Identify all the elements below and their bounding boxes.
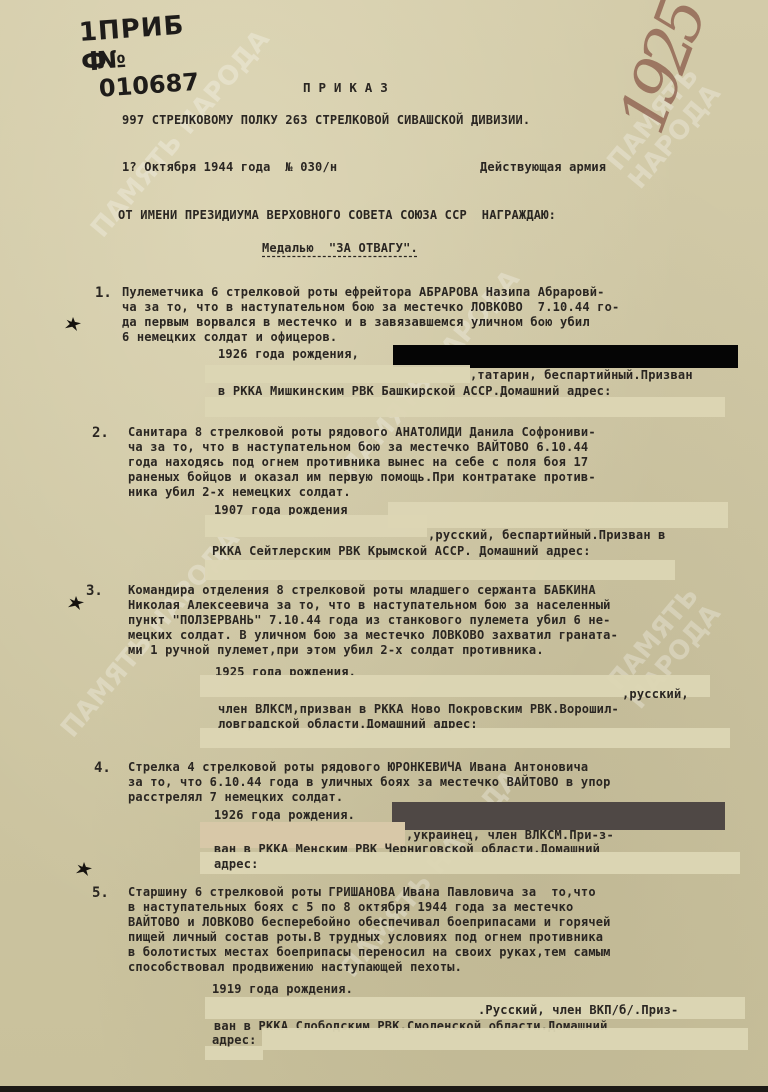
entry-number: 3. [86,583,103,599]
redaction-block [205,365,470,383]
entry-2-line: года находясь под огнем противника вынес… [128,455,588,469]
stamp-line-2: № 010687 [96,40,200,103]
archival-document-page: ПАМЯТЬ НАРОДА ПАМЯТЬ НАРОДА ПАМЯТЬ НАРОД… [0,0,768,1092]
entry-1-line: Пулеметчика 6 стрелковой роты ефрейтора … [122,285,605,300]
entry-4-birth: 1926 года рождения. [214,808,355,822]
redaction-block [470,360,738,368]
entry-2-line: ника убил 2-х немецких солдат. [128,485,351,499]
entry-4-line: за то, что 6.10.44 года в уличных боях з… [128,775,611,789]
entry-4-details: адрес: [214,857,259,871]
unit-line: 997 СТРЕЛКОВОМУ ПОЛКУ 263 СТРЕЛКОВОЙ СИВ… [122,113,530,127]
redaction-block [200,852,740,874]
order-location: Действующая армия [480,160,606,174]
entry-4-details: ,украинец, член ВЛКСМ.При-з- [406,828,614,842]
punch-hole [65,317,81,331]
entry-4-line: расстрелял 7 немецких солдат. [128,790,343,804]
entry-5-line: пищей личный состав роты.В трудных услов… [128,930,603,944]
punch-hole [76,862,92,876]
entry-3-line: Командира отделения 8 стрелковой роты мл… [128,583,596,597]
entry-2-details: ,русский, беспартийный.Призван в [428,528,666,542]
entry-number: 5. [92,885,109,901]
redaction-block [200,728,730,748]
document-title: П Р И К А З [303,80,388,95]
entry-3-line: мецких солдат. В уличном бою за местечко… [128,628,618,642]
authority-line: ОТ ИМЕНИ ПРЕЗИДИУМА ВЕРХОВНОГО СОВЕТА СО… [118,208,556,222]
entry-5-line: ВАЙТОВО и ЛОВКОВО бесперебойно обеспечив… [128,915,611,929]
entry-1-birth: 1926 года рождения, [218,347,359,361]
entry-3-details: ,русский, [622,687,689,701]
entry-5-line: способствовал продвижению наступающей пе… [128,960,462,974]
entry-5-line: в болотистых местах боеприпасы переносил… [128,945,611,959]
entry-number: 1. [95,285,112,301]
entry-2-line: ча за то, что в наступательном бою за ме… [128,440,588,454]
entry-2-line: раненых бойцов и оказал им первую помощь… [128,470,596,484]
redaction-block [205,560,675,580]
entry-1-details: в РККА Мишкинским РВК Башкирской АССР.До… [218,384,612,398]
entry-3-line: Николая Алексеевича за то, что в наступа… [128,598,611,612]
redaction-block [205,1046,263,1060]
punch-hole [68,596,84,610]
redaction-block [392,802,725,830]
page-bottom-edge [0,1086,768,1092]
entry-5-line: в наступательных боях с 5 по 8 октября 1… [128,900,573,914]
entry-3-line: ми 1 ручной пулемет,при этом убил 2-х со… [128,643,544,657]
entry-5-details: .Русский, член ВКП/б/.Приз- [478,1003,678,1017]
award-name: Медалью "ЗА ОТВАГУ". [262,241,418,255]
redaction-block [205,515,427,537]
entry-2-line: Санитара 8 стрелковой роты рядового АНАТ… [128,425,596,439]
entry-5-line: Старшину 6 стрелковой роты ГРИШАНОВА Ива… [128,885,596,899]
entry-number: 2. [92,425,109,441]
entry-5-details: адрес: [212,1033,257,1047]
redaction-block [205,397,725,417]
entry-1-line: ча за то, что в наступательном бою за ме… [122,300,619,314]
entry-1-line: 6 немецких солдат и офицеров. [122,330,337,344]
entry-number: 4. [94,760,111,776]
entry-5-birth: 1919 года рождения. [212,982,353,996]
entry-1-details: ,татарин, беспартийный.Призван [470,368,693,382]
order-date: 1? Октября 1944 года № 030/н [122,160,337,174]
entry-3-line: пункт "ПОЛЗЕРВАНЬ" 7.10.44 года из станк… [128,613,611,627]
redaction-block [262,1028,748,1050]
entry-1-line: да первым ворвался в местечко и в завяза… [122,315,590,329]
redaction-block [388,502,728,528]
entry-2-details: РККА Сейтлерским РВК Крымской АССР. Дома… [212,544,591,558]
entry-4-line: Стрелка 4 стрелковой роты рядового ЮРОНК… [128,760,588,774]
entry-3-details: член ВЛКСМ,призван в РККА Ново Покровски… [218,702,619,716]
